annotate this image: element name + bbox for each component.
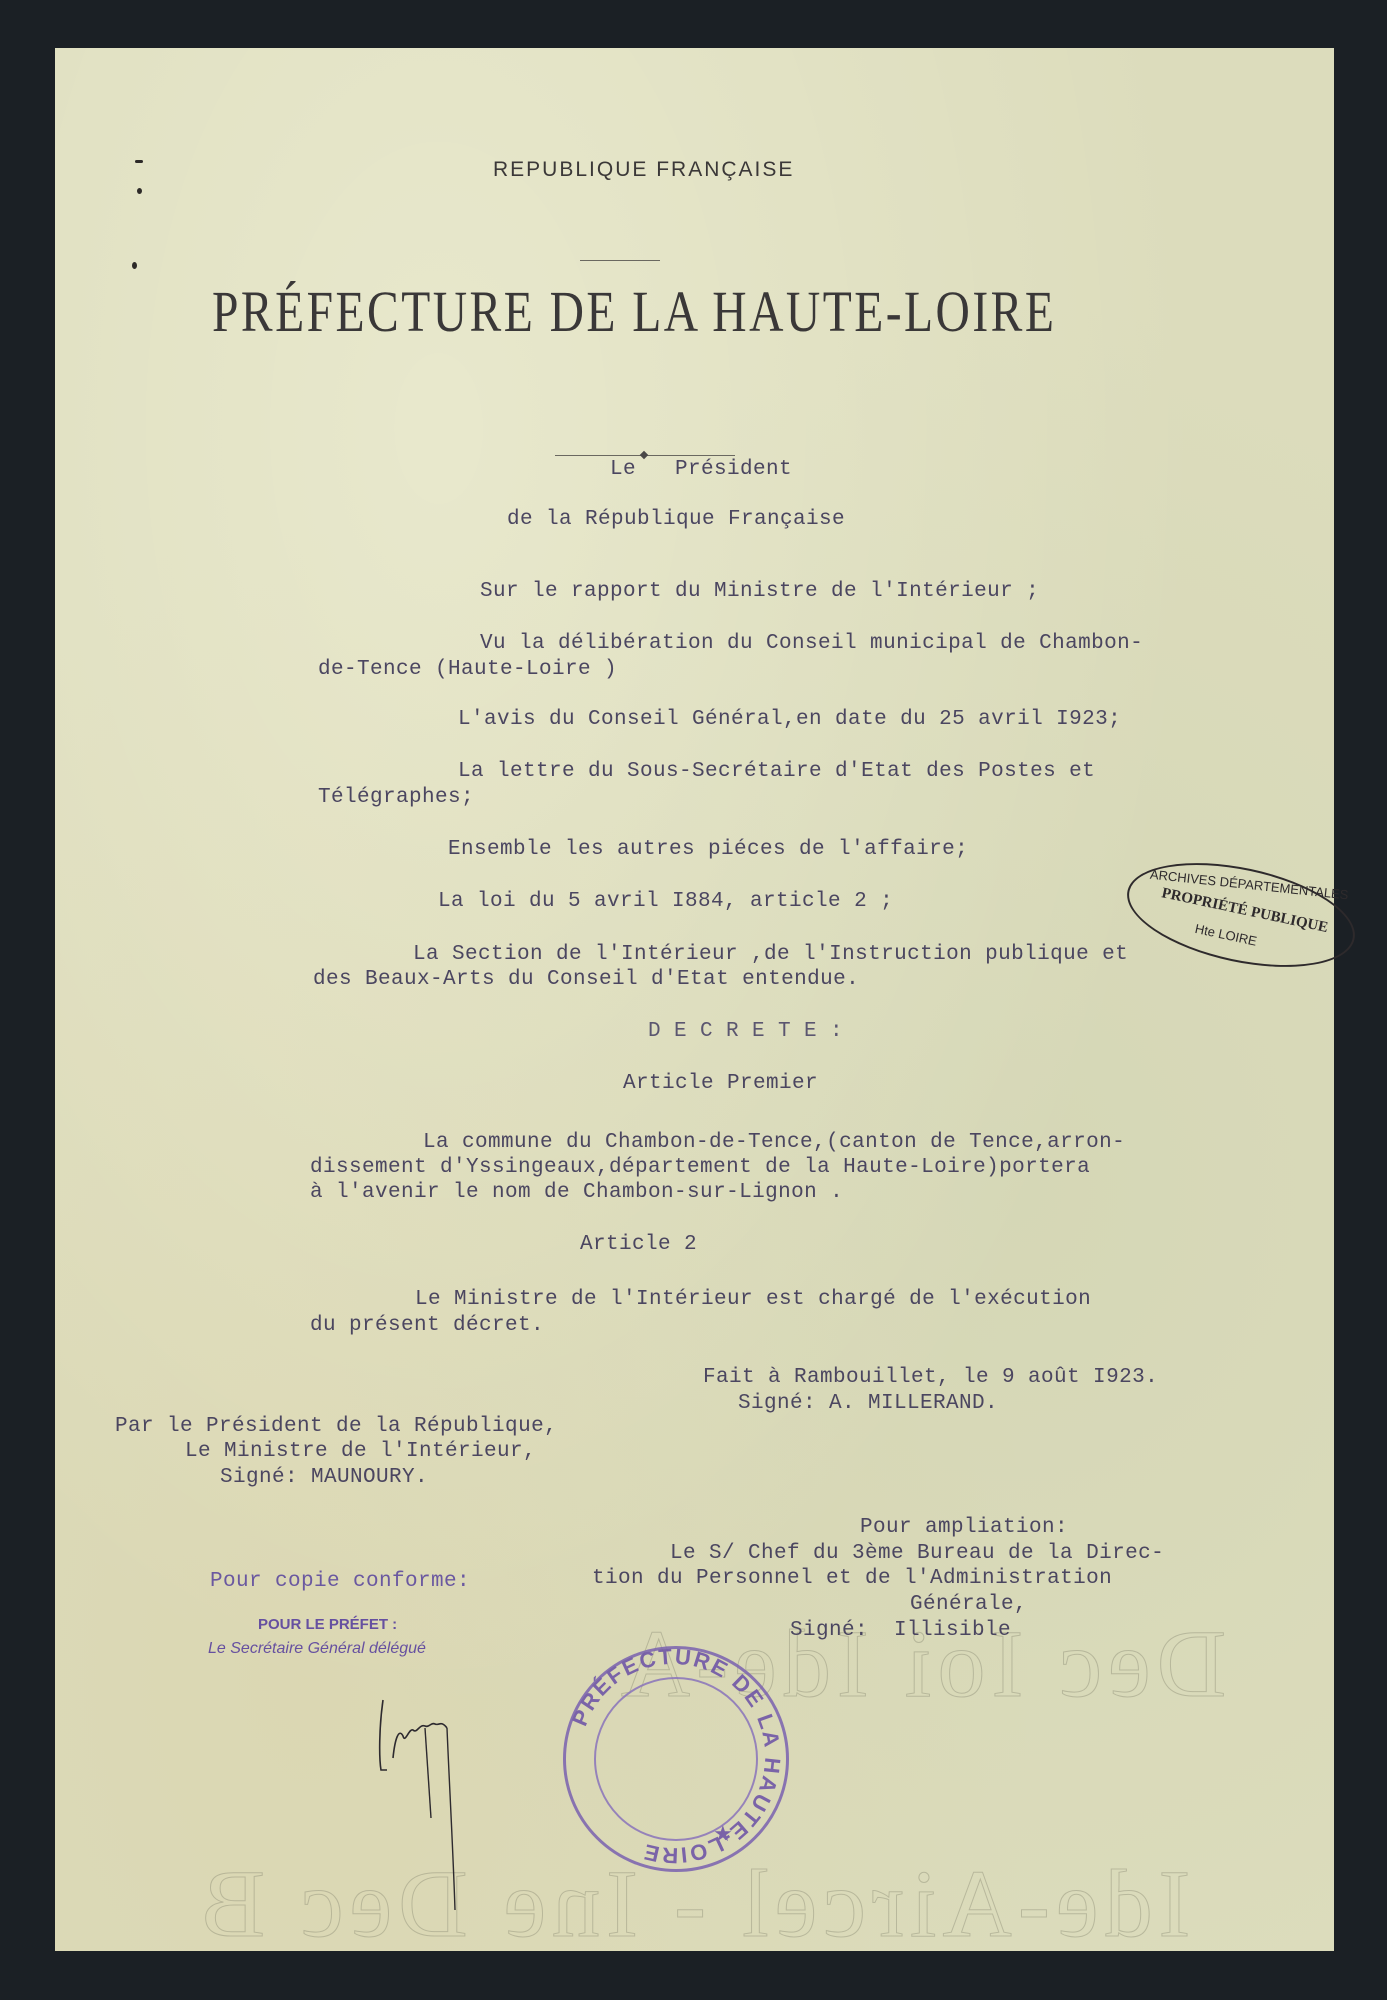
document-page: Dec Ioi Ide-A Ide-Aircel - Ine Dec B REP… — [55, 48, 1334, 1951]
svg-text:PRÉFECTURE DE LA HAUTE-LOIRE: PRÉFECTURE DE LA HAUTE-LOIRE — [567, 1646, 783, 1866]
consideration-3: L'avis du Conseil Général,en date du 25 … — [458, 708, 1121, 731]
signed-minister: Signé: MAUNOURY. — [220, 1466, 428, 1489]
prefet-stamp-line-2: Le Secrétaire Général délégué — [208, 1640, 426, 1658]
article-2-title: Article 2 — [580, 1233, 697, 1256]
ampliation-signed: Signé: Illisible — [790, 1619, 1011, 1642]
certified-copy-label: Pour copie conforme: — [210, 1570, 470, 1593]
punch-mark — [132, 262, 137, 269]
preamble-line-2: de la République Française — [507, 508, 845, 531]
consideration-4-cont: Télégraphes; — [318, 786, 474, 809]
consideration-2: Vu la délibération du Conseil municipal … — [480, 632, 1143, 655]
consideration-5: Ensemble les autres piéces de l'affaire; — [448, 838, 968, 861]
article-1-line-2: dissement d'Yssingeaux,département de la… — [310, 1156, 1090, 1179]
prefecture-seal: PRÉFECTURE DE LA HAUTE-LOIRE ★ — [563, 1646, 789, 1872]
article-2-line-1: Le Ministre de l'Intérieur est chargé de… — [415, 1288, 1091, 1311]
by-president: Par le Président de la République, — [115, 1415, 557, 1438]
article-1-line-3: à l'avenir le nom de Chambon-sur-Lignon … — [310, 1181, 843, 1204]
consideration-6: La loi du 5 avril I884, article 2 ; — [438, 890, 893, 913]
prefecture-title: PRÉFECTURE DE LA HAUTE-LOIRE — [212, 278, 1056, 345]
consideration-4: La lettre du Sous-Secrétaire d'Etat des … — [458, 760, 1095, 783]
punch-mark — [135, 160, 143, 163]
article-1-title: Article Premier — [623, 1072, 818, 1095]
handwritten-signature — [365, 1688, 485, 1918]
archives-stamp-bottom: Hte LOIRE — [1194, 921, 1259, 949]
article-2-line-2: du présent décret. — [310, 1314, 544, 1337]
ampliation-line-1: Le S/ Chef du 3ème Bureau de la Direc- — [670, 1542, 1164, 1565]
ampliation-label: Pour ampliation: — [860, 1516, 1068, 1539]
article-1-line-1: La commune du Chambon-de-Tence,(canton d… — [423, 1131, 1125, 1154]
place-and-date: Fait à Rambouillet, le 9 août I923. — [703, 1366, 1158, 1389]
header-rule — [580, 260, 660, 261]
prefet-stamp-line-1: POUR LE PRÉFET : — [258, 1616, 397, 1633]
decree-heading: D E C R E T E : — [648, 1020, 843, 1043]
punch-mark — [137, 188, 142, 194]
seal-star-icon: ★ — [713, 1821, 733, 1846]
consideration-7: La Section de l'Intérieur ,de l'Instruct… — [413, 943, 1128, 966]
minister-title: Le Ministre de l'Intérieur, — [185, 1440, 536, 1463]
signed-president: Signé: A. MILLERAND. — [738, 1392, 998, 1415]
republic-heading: REPUBLIQUE FRANÇAISE — [493, 158, 794, 182]
preamble-line-1: Le Président — [610, 458, 792, 481]
prefecture-seal-text-ring: PRÉFECTURE DE LA HAUTE-LOIRE ★ — [563, 1646, 783, 1866]
consideration-7-cont: des Beaux-Arts du Conseil d'Etat entendu… — [313, 968, 859, 991]
ampliation-line-2: tion du Personnel et de l'Administration — [592, 1567, 1112, 1590]
consideration-2-cont: de-Tence (Haute-Loire ) — [318, 658, 617, 681]
consideration-1: Sur le rapport du Ministre de l'Intérieu… — [480, 580, 1039, 603]
ampliation-line-3: Générale, — [910, 1593, 1027, 1616]
archives-stamp: ARCHIVES DÉPARTEMENTALES PROPRIÉTÉ PUBLI… — [1118, 845, 1364, 985]
